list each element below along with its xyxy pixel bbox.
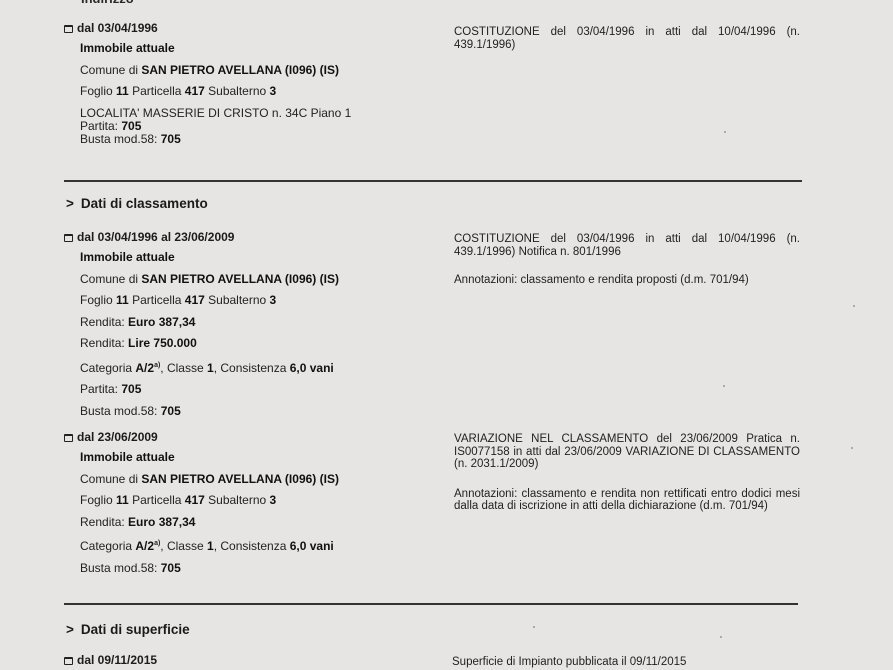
classamento-entry-2-notes: VARIAZIONE NEL CLASSAMENTO del 23/06/200… [454, 433, 800, 525]
entry-foglio: Foglio 11 Particella 417 Subalterno 3 [80, 290, 424, 312]
scan-speck [724, 131, 726, 133]
entry-foglio: Foglio 11 Particella 417 Subalterno 3 [80, 490, 424, 512]
entry-comune: Comune di SAN PIETRO AVELLANA (I096) (IS… [80, 60, 424, 82]
superficie-entry-1: dal 09/11/2015 [64, 651, 424, 670]
entry-busta: Busta mod.58: 705 [80, 401, 424, 423]
chevron-right-icon: > [66, 622, 74, 637]
entry-categoria: Categoria A/2a), Classe 1, Consistenza 6… [80, 533, 424, 558]
entry-date: dal 09/11/2015 [77, 653, 157, 667]
entry-foglio: Foglio 11 Particella 417 Subalterno 3 [80, 81, 424, 103]
section-title-superficie: >Dati di superficie [66, 622, 190, 637]
chevron-right-icon: > [66, 196, 74, 211]
classamento-entry-2: dal 23/06/2009 Immobile attuale Comune d… [64, 428, 424, 579]
scan-speck [533, 626, 535, 628]
entry-rendita-lire: Rendita: Lire 750.000 [80, 333, 424, 355]
entry-busta: Busta mod.58: 705 [80, 133, 424, 146]
entry-status: Immobile attuale [80, 447, 424, 469]
scan-speck [853, 305, 855, 307]
address-entry-notes: COSTITUZIONE del 03/04/1996 in atti dal … [454, 26, 800, 63]
entry-categoria: Categoria A/2a), Classe 1, Consistenza 6… [80, 355, 424, 380]
calendar-icon [64, 25, 73, 33]
section-title-classamento: >Dati di classamento [66, 196, 208, 211]
entry-date: dal 03/04/1996 al 23/06/2009 [77, 230, 234, 244]
entry-status: Immobile attuale [80, 247, 424, 269]
address-entry: dal 03/04/1996 Immobile attuale Comune d… [64, 19, 424, 146]
entry-status: Immobile attuale [80, 38, 424, 60]
entry-busta: Busta mod.58: 705 [80, 558, 424, 580]
section-title-indirizzo: Indirizzo [81, 0, 134, 6]
entry-rendita-euro: Rendita: Euro 387,34 [80, 512, 424, 534]
superficie-entry-1-notes: Superficie di Impianto pubblicata il 09/… [452, 656, 798, 669]
classamento-entry-1-notes: COSTITUZIONE del 03/04/1996 in atti dal … [454, 233, 800, 299]
entry-comune: Comune di SAN PIETRO AVELLANA (I096) (IS… [80, 269, 424, 291]
scan-speck [851, 447, 853, 449]
entry-rendita-euro: Rendita: Euro 387,34 [80, 312, 424, 334]
calendar-icon [64, 234, 73, 242]
cadastral-record-page: Indirizzo dal 03/04/1996 Immobile attual… [0, 0, 893, 670]
section-divider [64, 603, 798, 605]
entry-comune: Comune di SAN PIETRO AVELLANA (I096) (IS… [80, 469, 424, 491]
scan-speck [720, 636, 722, 638]
entry-date: dal 03/04/1996 [77, 21, 158, 35]
classamento-entry-1: dal 03/04/1996 al 23/06/2009 Immobile at… [64, 228, 424, 422]
calendar-icon [64, 434, 73, 442]
calendar-icon [64, 657, 73, 665]
scan-speck [723, 385, 725, 387]
entry-partita: Partita: 705 [80, 379, 424, 401]
section-divider [64, 180, 802, 182]
entry-date: dal 23/06/2009 [77, 430, 158, 444]
